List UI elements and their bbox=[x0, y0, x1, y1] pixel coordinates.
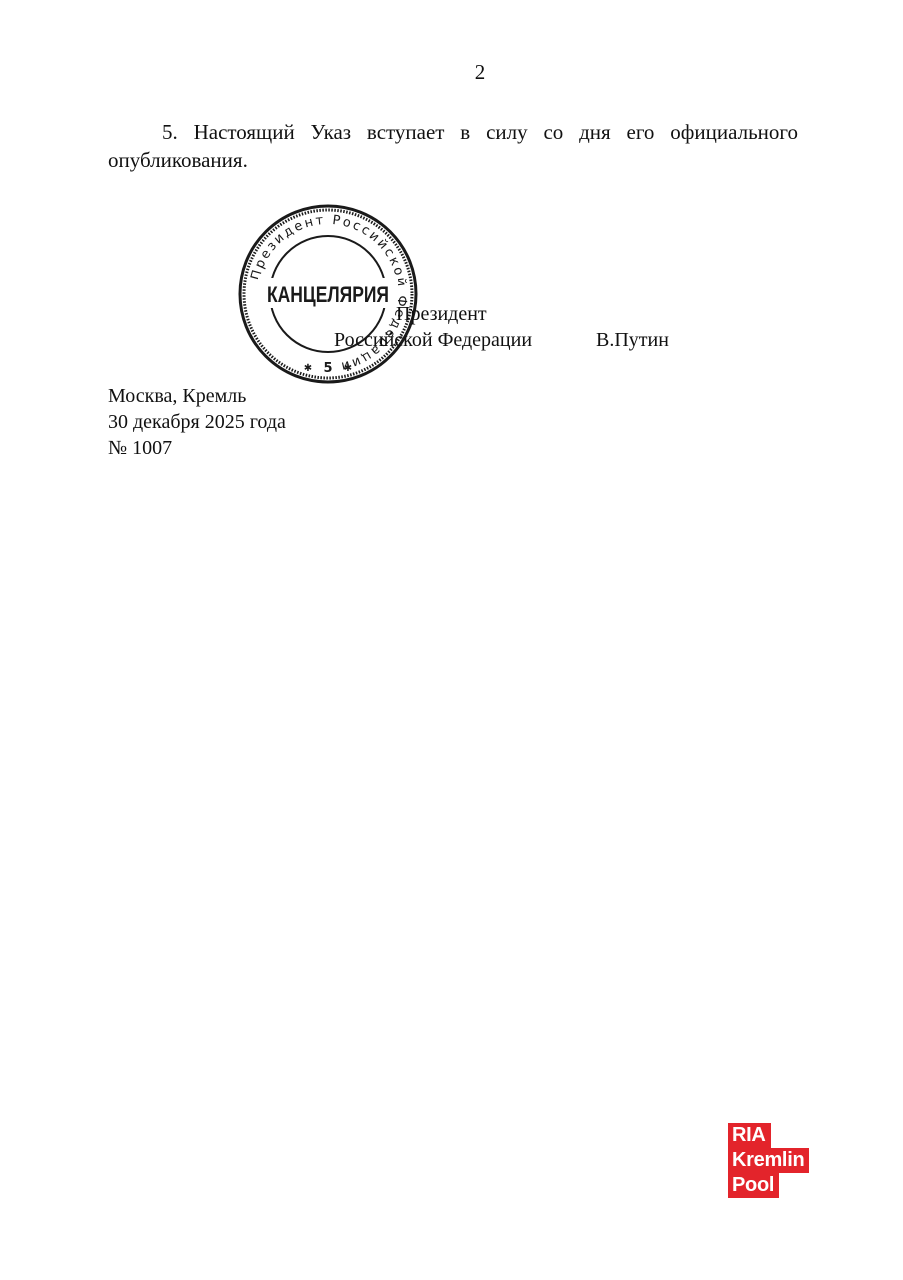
ria-kremlin-pool-logo: RIA Kremlin Pool bbox=[728, 1123, 809, 1198]
signatory-name: В.Путин bbox=[596, 327, 669, 353]
decree-date: 30 декабря 2025 года bbox=[108, 409, 286, 435]
logo-line-1: RIA bbox=[728, 1123, 771, 1148]
decree-place-date-block: Москва, Кремль 30 декабря 2025 года № 10… bbox=[108, 383, 286, 461]
paragraph-line-1: 5. Настоящий Указ вступает в силу со дня… bbox=[108, 118, 798, 146]
decree-place: Москва, Кремль bbox=[108, 383, 286, 409]
page-number: 2 bbox=[0, 60, 903, 85]
decree-number: № 1007 bbox=[108, 435, 286, 461]
logo-line-3: Pool bbox=[728, 1173, 779, 1198]
signatory-title-line2: Российской Федерации bbox=[334, 327, 532, 353]
chancellery-stamp-icon: Президент Российской Федерации КАНЦЕЛЯРИ… bbox=[236, 204, 420, 384]
svg-text:КАНЦЕЛЯРИЯ: КАНЦЕЛЯРИЯ bbox=[267, 282, 389, 307]
paragraph-line-2: опубликования. bbox=[108, 148, 248, 172]
svg-text:✱: ✱ bbox=[304, 363, 312, 374]
svg-text:5: 5 bbox=[323, 361, 332, 376]
svg-text:✱: ✱ bbox=[344, 363, 352, 374]
decree-paragraph: 5. Настоящий Указ вступает в силу со дня… bbox=[108, 118, 798, 174]
logo-line-2: Kremlin bbox=[728, 1148, 809, 1173]
signatory-title-line1: Президент bbox=[396, 301, 487, 327]
